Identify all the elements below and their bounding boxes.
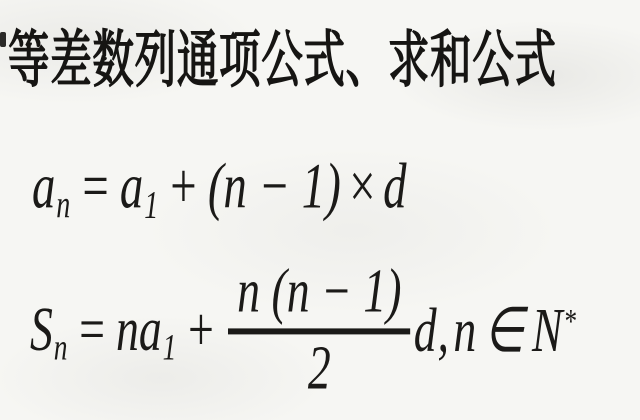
fraction-denominator: 2 (308, 334, 331, 400)
fraction-numerator: n (n − 1) (228, 260, 410, 334)
scan-artifact (0, 32, 6, 47)
page-title: 等差数列通项公式、求和公式 (8, 28, 557, 93)
a-sub-n-term: an (32, 150, 70, 224)
fraction: n (n − 1) 2 (228, 260, 410, 400)
s-sub-n-term: Sn (30, 295, 67, 366)
natural-numbers-symbol: N (532, 297, 563, 365)
one-subscript: 1 (163, 326, 177, 368)
n-subscript: n (54, 326, 68, 368)
equals-sign: = (76, 295, 107, 366)
document-page: 等差数列通项公式、求和公式 an = a1 + (n − 1) × d Sn =… (0, 0, 640, 420)
plus-sign: + (167, 150, 199, 224)
n-coefficient: n (116, 296, 139, 364)
a-symbol: a (32, 151, 55, 222)
s-symbol: S (30, 296, 53, 364)
a-symbol: a (139, 296, 162, 364)
comma: , (438, 297, 449, 365)
one-subscript: 1 (144, 182, 158, 226)
general-term-formula: an = a1 + (n − 1) × d (32, 150, 407, 224)
common-difference-symbol: d (383, 150, 406, 224)
sum-formula: Sn = na1 + n (n − 1) 2 d,n∈N* (30, 260, 576, 400)
n-subscript: n (56, 182, 70, 226)
equals-sign: = (79, 150, 111, 224)
asterisk-superscript: * (563, 303, 576, 340)
parenthesized-expression: (n − 1) (208, 150, 341, 224)
n-variable: n (453, 297, 476, 365)
element-of-sign: ∈ (484, 297, 524, 365)
plus-sign: + (185, 295, 216, 366)
a-symbol: a (120, 151, 143, 222)
n-a-sub-1-term: na1 (116, 295, 176, 366)
multiplication-sign: × (346, 150, 378, 224)
a-sub-1-term: a1 (120, 150, 158, 224)
d-multiplier-symbol: d (414, 297, 437, 365)
condition-expression: d,n∈N* (414, 294, 576, 366)
